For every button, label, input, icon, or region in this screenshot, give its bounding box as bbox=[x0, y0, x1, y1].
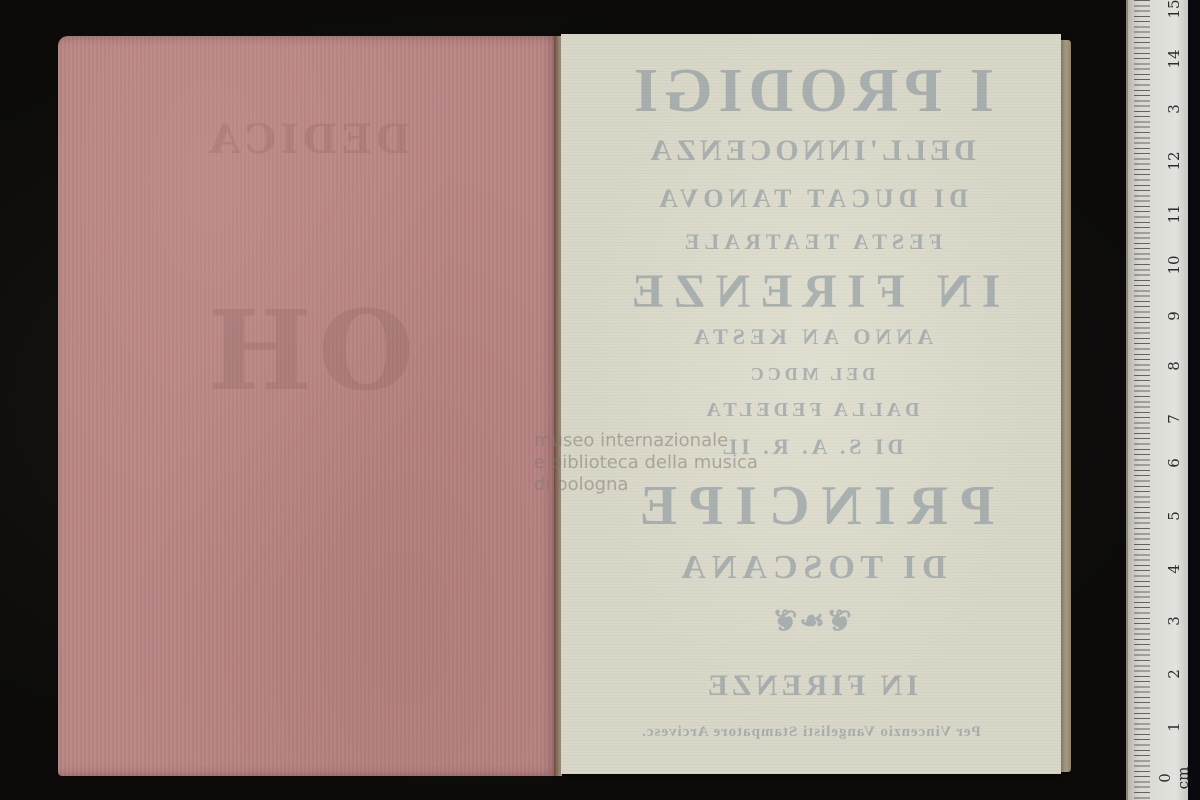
title-page-show-through: I PRODIGI DELL'INNOCENZA DI DUCAT TANOVA… bbox=[561, 34, 1061, 774]
title-line: DI DUCAT TANOVA bbox=[561, 184, 1061, 214]
ruler-number: 15 bbox=[1165, 0, 1183, 21]
title-line: FESTA TEATRALE bbox=[561, 229, 1061, 255]
ruler-number: 5 bbox=[1165, 504, 1183, 528]
title-line: DEL MDCC bbox=[561, 364, 1061, 385]
title-line: DELL'INNOCENZA bbox=[561, 134, 1061, 168]
ruler-number: 11 bbox=[1165, 202, 1183, 226]
ruler-number: 4 bbox=[1165, 557, 1183, 581]
cover-show-line: OH bbox=[58, 286, 558, 415]
book-cover-pink: DEDICA OH bbox=[58, 36, 558, 776]
ruler-number: 9 bbox=[1165, 304, 1183, 328]
centimeter-ruler: 0 cm 1 2 3 4 5 6 7 8 9 10 11 12 3 14 15 bbox=[1126, 0, 1188, 800]
ruler-number: 8 bbox=[1165, 354, 1183, 378]
title-line: IN FIRENZE bbox=[561, 264, 1061, 319]
title-line: DI TOSCANA bbox=[561, 549, 1061, 587]
watermark-line: di bologna bbox=[450, 474, 870, 496]
ruler-number: 3 bbox=[1165, 609, 1183, 633]
ruler-ticks bbox=[1134, 0, 1164, 800]
printer-ornament-icon: ❦❧❦ bbox=[561, 604, 1061, 639]
title-line: IN FIRENZE bbox=[561, 669, 1061, 703]
ruler-shadow bbox=[1188, 0, 1200, 800]
title-line: I PRODIGI bbox=[561, 56, 1061, 127]
watermark-line: museo internazionale bbox=[450, 430, 870, 452]
ruler-unit-label: 0 cm bbox=[1156, 766, 1192, 790]
watermark-line: e biblioteca della musica bbox=[450, 452, 870, 474]
title-line: ANNO AN KESTA bbox=[561, 324, 1061, 350]
title-line: Per Vincenzio Vangelisti Stampatore Arci… bbox=[561, 724, 1061, 741]
cover-show-line: DEDICA bbox=[58, 116, 558, 163]
title-page: I PRODIGI DELL'INNOCENZA DI DUCAT TANOVA… bbox=[561, 34, 1061, 774]
cover-show-through: DEDICA OH bbox=[58, 36, 558, 776]
ruler-number: 7 bbox=[1165, 407, 1183, 431]
ruler-number: 3 bbox=[1165, 97, 1183, 121]
ruler-number: 1 bbox=[1165, 715, 1183, 739]
title-line: DALLA FEDELTA bbox=[561, 399, 1061, 422]
ruler-number: 2 bbox=[1165, 662, 1183, 686]
ruler-number: 12 bbox=[1165, 149, 1183, 173]
ruler-number: 10 bbox=[1165, 253, 1183, 277]
ruler-number: 14 bbox=[1165, 47, 1183, 71]
library-watermark: museo internazionale e biblioteca della … bbox=[450, 430, 870, 496]
ruler-number: 6 bbox=[1165, 451, 1183, 475]
